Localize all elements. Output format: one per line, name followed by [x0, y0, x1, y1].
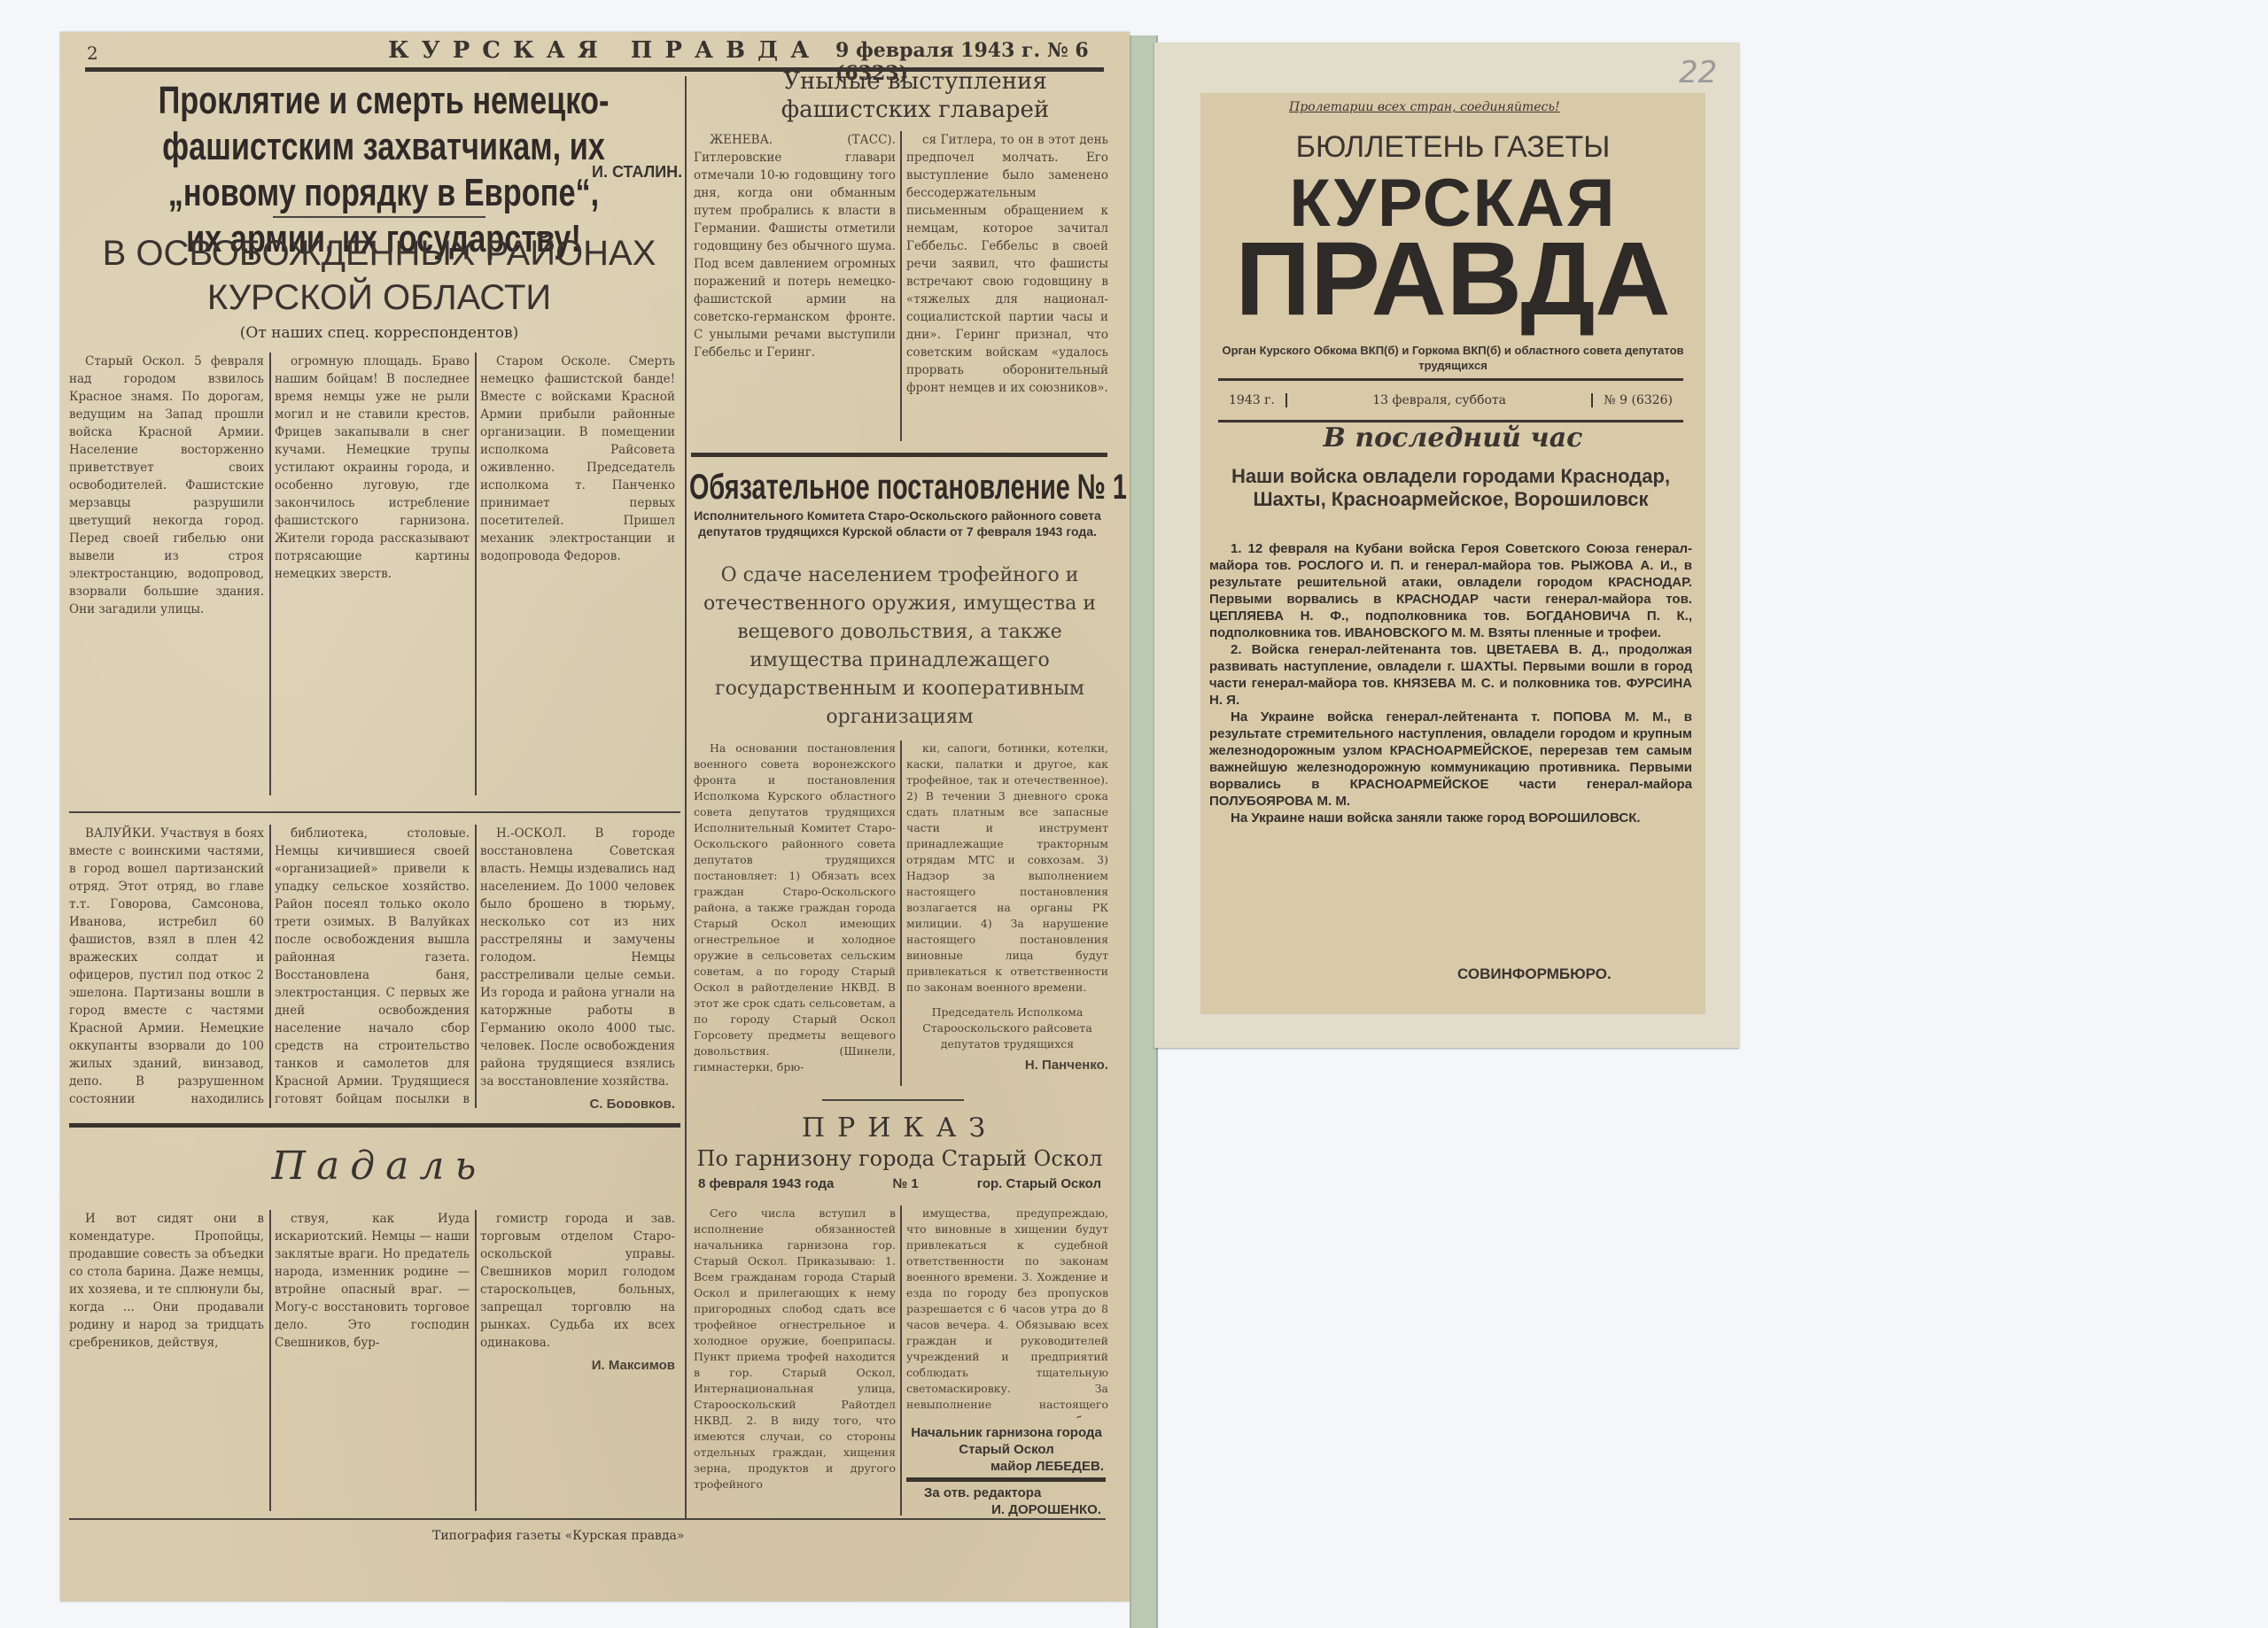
order-number: № 1	[892, 1176, 918, 1191]
column-text: Старый Оскол. 5 февраля над городом взви…	[69, 353, 264, 618]
column-text: Старом Осколе. Смерть немецко фашистской…	[480, 353, 675, 565]
bulletin-motto: Пролетарии всех стран, соединяйтесь!	[1289, 100, 1560, 114]
divider	[691, 453, 1107, 457]
order-column: имущества, предупреждаю, что виновные в …	[906, 1205, 1108, 1418]
newspaper-page-left: 2 КУРСКАЯ ПРАВДА 9 февраля 1943 г. № 6 (…	[60, 32, 1130, 1601]
padal-column: ствуя, как Иуда искариотский. Немцы — на…	[275, 1210, 470, 1502]
glavari-column: ся Гитлера, то он в этот день предпочел …	[906, 131, 1108, 441]
editor-name: И. ДОРОШЕНКО.	[924, 1501, 1101, 1518]
divider	[273, 216, 485, 218]
page-masthead: 2 КУРСКАЯ ПРАВДА 9 февраля 1943 г. № 6 (…	[60, 32, 1130, 72]
divider	[906, 1477, 1106, 1482]
valuyki-column: библиотека, столовые. Немцы кичившиеся с…	[275, 825, 470, 1108]
bulletin-date: 13 февраля, суббота	[1285, 393, 1594, 407]
order-meta: 8 февраля 1943 года № 1 гор. Старый Оско…	[698, 1176, 1101, 1191]
bulletin-paragraph: 1. 12 февраля на Кубани войска Героя Сов…	[1209, 540, 1692, 641]
column-text: имущества, предупреждаю, что виновные в …	[906, 1205, 1108, 1418]
order-signature-title: Начальник гарнизона города Старый Оскол	[909, 1424, 1104, 1458]
padal-column: гомистр города и зав. торговым отделом С…	[480, 1210, 675, 1502]
bulletin-headline: Наши войска овладели городами Краснодар,…	[1209, 465, 1692, 511]
column-text: библиотека, столовые. Немцы кичившиеся с…	[275, 825, 470, 1108]
glavari-title: Унылые выступления фашистских главарей	[720, 67, 1110, 124]
column-text: гомистр города и зав. торговым отделом С…	[480, 1210, 675, 1352]
column-text: огромную площадь. Браво нашим бойцам! В …	[275, 353, 470, 583]
order-subtitle: По гарнизону города Старый Оскол	[694, 1146, 1106, 1171]
decree-column: На основании постановления военного сове…	[694, 740, 896, 1086]
column-divider	[900, 1205, 902, 1516]
bulletin-organ: Орган Курского Обкома ВКП(б) и Горкома В…	[1200, 343, 1705, 373]
column-text: ВАЛУЙКИ. Участвуя в боях вместе с воинск…	[69, 825, 264, 1108]
divider	[69, 1518, 1106, 1520]
bulletin-header: БЮЛЛЕТЕНЬ ГАЗЕТЫ	[1200, 130, 1705, 165]
region-article-column: огромную площадь. Браво нашим бойцам! В …	[275, 353, 470, 795]
column-text: На основании постановления военного сове…	[694, 740, 896, 1075]
column-text: ки, сапоги, ботинки, котелки, каски, пал…	[906, 740, 1108, 996]
order-date: 8 февраля 1943 года	[698, 1176, 834, 1191]
divider	[69, 811, 680, 813]
printer-line: Типография газеты «Курская правда»	[432, 1529, 684, 1543]
section-divider	[685, 76, 687, 1520]
bulletin-title-line2: ПРАВДА	[1200, 235, 1705, 323]
archive-sheet-number: 22	[1679, 55, 1717, 90]
region-article-subtitle: (От наших спец. корреспондентов)	[96, 324, 663, 342]
padal-signature: И. Максимов	[480, 1357, 675, 1375]
column-text: И вот сидят они в комендатуре. Пропойцы,…	[69, 1210, 264, 1352]
divider	[69, 1123, 680, 1128]
column-text: Н.-ОСКОЛ. В городе восстановлена Советск…	[480, 825, 675, 1090]
bulletin-paragraph: На Украине наши войска заняли также горо…	[1209, 810, 1692, 826]
valuyki-signature: С. Боровков.	[480, 1096, 675, 1108]
column-text: ствуя, как Иуда искариотский. Немцы — на…	[275, 1210, 470, 1352]
divider	[822, 1099, 964, 1101]
column-divider	[269, 1210, 271, 1511]
order-signature-name: майор ЛЕБЕДЕВ.	[909, 1458, 1104, 1475]
order-place: гор. Старый Оскол	[977, 1176, 1101, 1191]
page-number: 2	[87, 43, 98, 64]
bulletin-paragraph: На Украине войска генерал-лейтенанта т. …	[1209, 709, 1692, 810]
decree-heading: О сдаче населением трофейного и отечеств…	[694, 562, 1106, 732]
decree-signature-title: Председатель Исполкома Старооскольского …	[906, 1004, 1108, 1052]
column-divider	[475, 353, 477, 795]
column-divider	[475, 1210, 477, 1511]
column-text: ся Гитлера, то он в этот день предпочел …	[906, 131, 1108, 397]
bulletin-rubric: В последний час	[1200, 423, 1705, 454]
order-column: Сего числа вступил в исполнение обязанно…	[694, 1205, 896, 1516]
decree-issuer: Исполнительного Комитета Старо-Оскольско…	[694, 508, 1101, 539]
column-divider	[475, 825, 477, 1108]
editor-label: За отв. редактора	[924, 1485, 1101, 1501]
bulletin-dateline: 1943 г. 13 февраля, суббота № 9 (6326)	[1218, 378, 1683, 423]
padal-title: Падаль	[96, 1143, 663, 1189]
column-text: ЖЕНЕВА. (ТАСС). Гитлеровские главари отм…	[694, 131, 896, 361]
column-divider	[900, 131, 902, 441]
decree-title: Обязательное постановление № 1	[689, 468, 989, 508]
decree-column: ки, сапоги, ботинки, котелки, каски, пал…	[906, 740, 1108, 1086]
bulletin-paragraph: 2. Войска генерал-лейтенанта тов. ЦВЕТАЕ…	[1209, 641, 1692, 709]
padal-column: И вот сидят они в комендатуре. Пропойцы,…	[69, 1210, 264, 1502]
valuyki-column: ВАЛУЙКИ. Участвуя в боях вместе с воинск…	[69, 825, 264, 1108]
order-title: ПРИКАЗ	[694, 1112, 1106, 1143]
bulletin-clipping: Пролетарии всех стран, соединяйтесь! БЮЛ…	[1200, 93, 1705, 1014]
bulletin-issue: № 9 (6326)	[1593, 393, 1683, 407]
region-article-title: В ОСВОБОЖДЕННЫХ РАЙОНАХ КУРСКОЙ ОБЛАСТИ	[96, 231, 663, 320]
region-article-column: Старом Осколе. Смерть немецко фашистской…	[480, 353, 675, 795]
column-divider	[900, 740, 902, 1086]
bulletin-year: 1943 г.	[1218, 393, 1285, 407]
column-divider	[269, 825, 271, 1108]
bulletin-body: 1. 12 февраля на Кубани войска Героя Сов…	[1209, 540, 1692, 826]
region-article-column: Старый Оскол. 5 февраля над городом взви…	[69, 353, 264, 795]
masthead-title: КУРСКАЯ ПРАВДА	[388, 37, 821, 64]
decree-signature-name: Н. Панченко.	[906, 1058, 1108, 1074]
column-divider	[269, 353, 271, 795]
glavari-column: ЖЕНЕВА. (ТАСС). Гитлеровские главари отм…	[694, 131, 896, 441]
column-text: Сего числа вступил в исполнение обязанно…	[694, 1205, 896, 1492]
bulletin-signature: СОВИНФОРМБЮРО.	[1457, 965, 1612, 983]
order-signature: Начальник гарнизона города Старый Оскол …	[909, 1424, 1104, 1475]
valuyki-column: Н.-ОСКОЛ. В городе восстановлена Советск…	[480, 825, 675, 1108]
editor-block: За отв. редактора И. ДОРОШЕНКО.	[924, 1485, 1101, 1518]
stalin-signature: И. СТАЛИН.	[592, 163, 682, 182]
